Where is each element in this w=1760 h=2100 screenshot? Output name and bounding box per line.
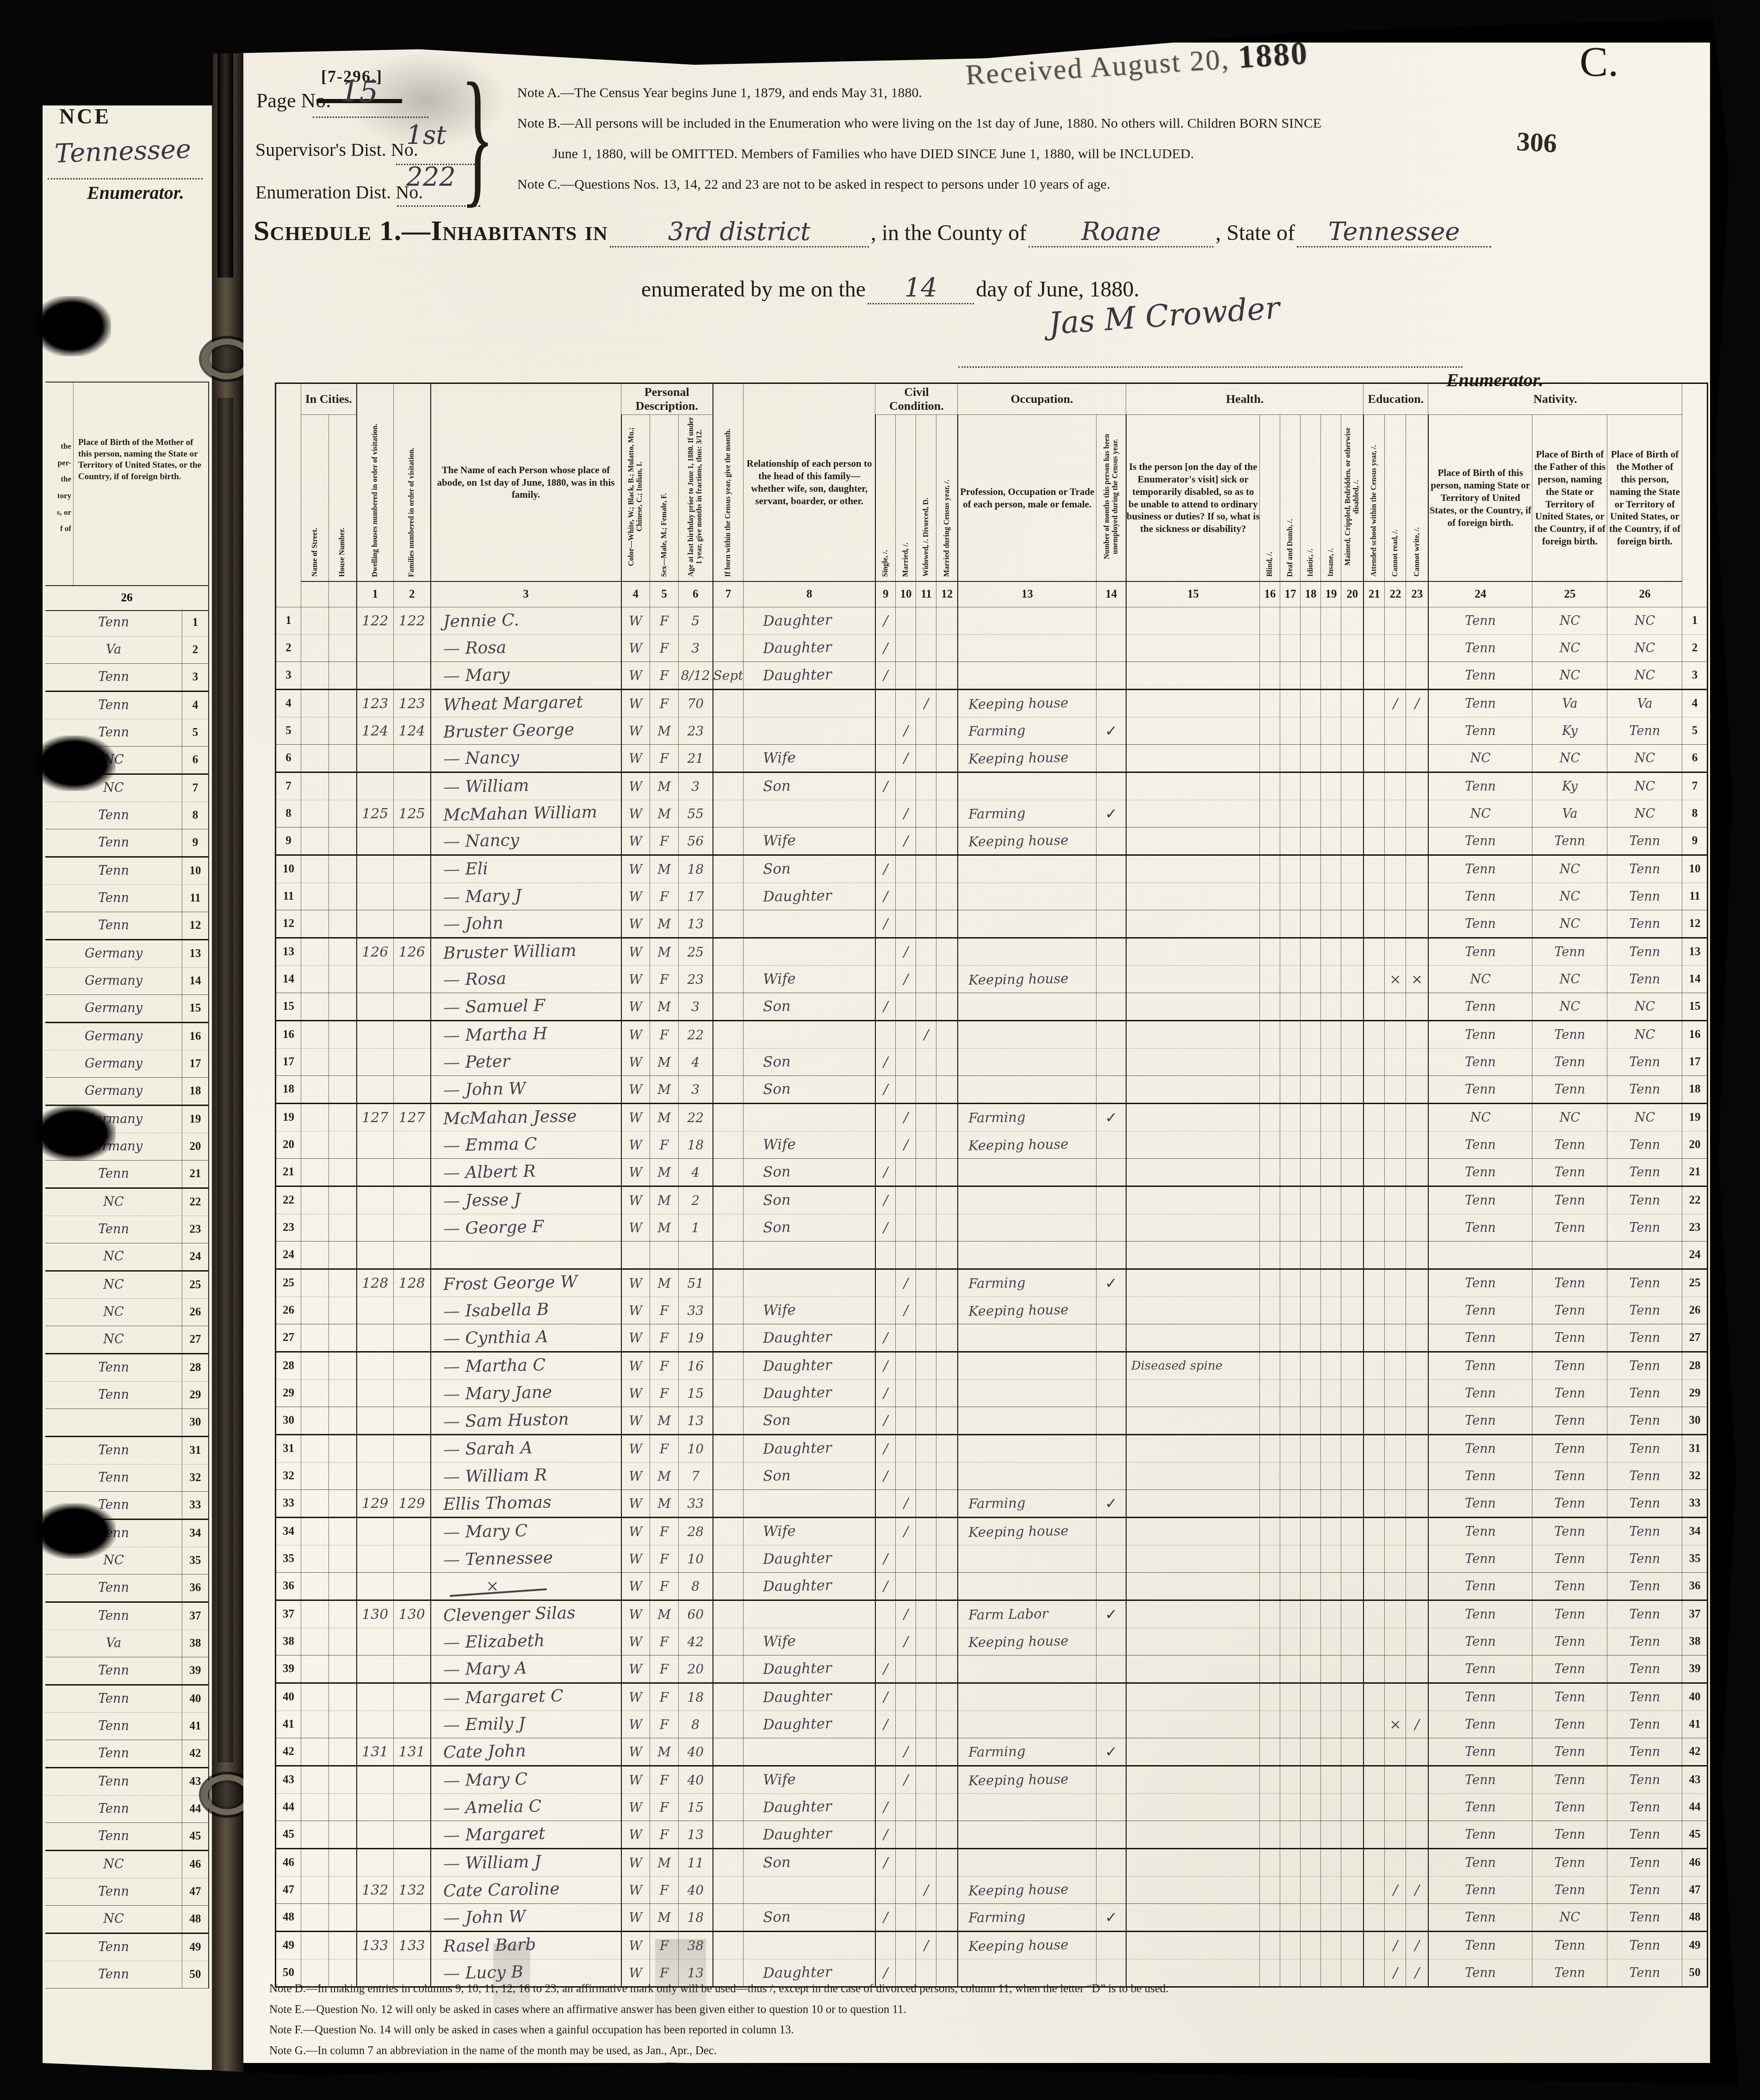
left-fragment-row: Tenn23 <box>45 1216 208 1243</box>
left-col26-value: Tenn <box>45 829 182 856</box>
value-pm: Tenn <box>1630 1635 1661 1649</box>
cell-pm: Tenn <box>1607 1821 1682 1849</box>
cell-e21 <box>1363 1241 1385 1269</box>
value-color: W <box>629 999 642 1014</box>
cell-name: Sam Huston <box>431 1407 621 1435</box>
row-number-left: 26 <box>276 1297 301 1324</box>
cell-h17 <box>1280 1932 1301 1959</box>
cell-age: 3 <box>679 772 713 800</box>
cell-un <box>1097 1628 1126 1655</box>
value-name: Mary J <box>431 886 521 907</box>
cell-s: / <box>875 1545 896 1573</box>
row-number-left: 32 <box>276 1463 301 1490</box>
cell-sick <box>1126 1186 1260 1214</box>
cell-h16 <box>1260 1049 1280 1076</box>
cell-dw: 130 <box>357 1600 394 1628</box>
cell-m: / <box>896 1131 916 1159</box>
value-dw: 130 <box>362 1606 388 1623</box>
value-color: W <box>629 1303 642 1318</box>
cell-name: Frost George W <box>431 1269 621 1297</box>
cell-h18 <box>1301 1131 1321 1159</box>
cell-age: 70 <box>679 690 713 717</box>
cell-house <box>329 1655 357 1683</box>
cell-sex: F <box>650 1821 679 1849</box>
cell-s: / <box>875 855 896 883</box>
cell-occ <box>958 1076 1097 1104</box>
value-sex: M <box>657 723 671 739</box>
cell-dw: 128 <box>357 1269 394 1297</box>
left-row-number: 19 <box>182 1113 208 1126</box>
left-row-number: 29 <box>182 1389 208 1402</box>
cell-pf: NC <box>1532 1104 1607 1131</box>
value-occ: Keeping house <box>958 1136 1069 1154</box>
value-age: 60 <box>687 1607 704 1622</box>
table-row: 30Sam HustonWM13Son/TennTennTenn30 <box>276 1407 1708 1435</box>
cell-house <box>329 938 357 966</box>
column-number-sex: 5 <box>650 581 679 607</box>
cell-pf: Tenn <box>1532 1049 1607 1076</box>
column-number-h20: 20 <box>1341 581 1363 607</box>
value-p: Tenn <box>1465 1028 1496 1042</box>
left-row-number: 13 <box>182 947 208 960</box>
row-number-left: 42 <box>276 1738 301 1766</box>
row-number-left: 36 <box>276 1573 301 1600</box>
value-occ: Keeping house <box>958 749 1069 767</box>
row-number-right: 43 <box>1682 1766 1708 1794</box>
cell-h20 <box>1341 1766 1363 1794</box>
cell-e22 <box>1385 1738 1406 1766</box>
value-color: W <box>629 916 642 932</box>
cell-street <box>301 772 329 800</box>
left-col26-value: Tenn <box>45 802 182 829</box>
cell-h20 <box>1341 1463 1363 1490</box>
cell-pf: NC <box>1532 635 1607 662</box>
cell-mc <box>936 745 958 772</box>
row-number-left: 27 <box>276 1324 301 1352</box>
cell-dw <box>357 745 394 772</box>
cell-pm: NC <box>1607 993 1682 1021</box>
edu-mark: / <box>1393 696 1398 712</box>
cell-occ <box>958 1214 1097 1241</box>
value-age: 22 <box>687 1027 704 1043</box>
value-pm: Tenn <box>1630 889 1661 904</box>
value-rel: Daughter <box>744 611 832 630</box>
value-p: Tenn <box>1465 1745 1496 1759</box>
cell-e22 <box>1385 1600 1406 1628</box>
cell-rel: Wife <box>744 1628 875 1655</box>
row-number-left: 8 <box>276 800 301 828</box>
value-pm: NC <box>1635 1000 1655 1014</box>
cell-sex: F <box>650 1932 679 1959</box>
cell-mo <box>713 1241 744 1269</box>
col-header-pf: Place of Birth of the Father of this per… <box>1532 415 1607 582</box>
row-number-left: 2 <box>276 635 301 662</box>
left-col26-value: Germany <box>45 1078 182 1105</box>
left-row-number: 37 <box>182 1610 208 1623</box>
cell-house <box>329 1380 357 1407</box>
cell-pm: Tenn <box>1607 1711 1682 1738</box>
cell-dw: 129 <box>357 1490 394 1518</box>
cell-h18 <box>1301 1352 1321 1380</box>
value-age: 3 <box>691 999 700 1014</box>
cell-color: W <box>621 910 650 938</box>
cell-pm: Tenn <box>1607 1490 1682 1518</box>
value-rel: Daughter <box>744 639 832 657</box>
value-pf: Tenn <box>1555 1028 1586 1042</box>
cell-pm: Tenn <box>1607 1849 1682 1877</box>
left-row-number: 39 <box>182 1664 208 1677</box>
cell-h20 <box>1341 1490 1363 1518</box>
cell-sex: F <box>650 1628 679 1655</box>
cell-house <box>329 1049 357 1076</box>
cell-h18 <box>1301 1573 1321 1600</box>
cell-mo <box>713 1877 744 1904</box>
value-pf: Tenn <box>1555 1773 1586 1787</box>
value-pm: NC <box>1635 751 1655 766</box>
left-fragment-row: Germany15 <box>45 995 208 1023</box>
cell-h19 <box>1321 1380 1341 1407</box>
cell-h19 <box>1321 1573 1341 1600</box>
cell-sick <box>1126 1159 1260 1186</box>
cell-e21 <box>1363 993 1385 1021</box>
cell-color: W <box>621 1380 650 1407</box>
cell-h18 <box>1301 690 1321 717</box>
cell-pf: Ky <box>1532 772 1607 800</box>
value-age: 13 <box>687 1965 704 1981</box>
value-p: NC <box>1470 972 1491 987</box>
value-rel: Wife <box>744 832 796 850</box>
cell-rel: Daughter <box>744 1380 875 1407</box>
value-pf: NC <box>1560 1910 1580 1925</box>
left-fragment-row: Tenn21 <box>45 1161 208 1189</box>
row-number-right: 45 <box>1682 1821 1708 1849</box>
note-b-line2: June 1, 1880, will be OMITTED. Members o… <box>552 146 1194 162</box>
col-header-text-age: Age at last birthday prior to June 1, 18… <box>687 415 704 579</box>
value-age: 23 <box>687 723 704 739</box>
value-occ: Farming <box>958 805 1026 822</box>
col25-fragment-word: per- <box>45 455 71 471</box>
left-fragment-row: Tenn42 <box>45 1740 208 1768</box>
cell-dw <box>357 1076 394 1104</box>
value-color: W <box>629 1330 642 1346</box>
cell-h18 <box>1301 1849 1321 1877</box>
cell-house <box>329 1518 357 1545</box>
cell-age: 7 <box>679 1463 713 1490</box>
cell-sex: M <box>650 1104 679 1131</box>
cell-sex: M <box>650 910 679 938</box>
cell-name: William J <box>431 1849 621 1877</box>
value-pm: Tenn <box>1630 1910 1661 1925</box>
cell-e22 <box>1385 1821 1406 1849</box>
cell-h20 <box>1341 910 1363 938</box>
cell-m: / <box>896 966 916 993</box>
cell-fa <box>394 1628 431 1655</box>
cell-h20 <box>1341 607 1363 635</box>
cell-street <box>301 1738 329 1766</box>
value-color: W <box>629 1359 642 1374</box>
left-row-number: 26 <box>182 1306 208 1319</box>
census-table: In Cities.Dwelling houses numbered in or… <box>275 383 1708 1988</box>
cell-rel: Son <box>744 1049 875 1076</box>
cell-fa <box>394 1655 431 1683</box>
cell-sick <box>1126 1049 1260 1076</box>
cell-h16 <box>1260 1104 1280 1131</box>
cell-h18 <box>1301 607 1321 635</box>
cell-e22 <box>1385 662 1406 690</box>
left-col26-value: Tenn <box>45 1603 182 1630</box>
value-pf: Tenn <box>1555 1193 1586 1208</box>
value-p: Tenn <box>1465 668 1496 683</box>
col-header-text-mc: Married during Census year, /. <box>942 478 952 579</box>
value-sex: M <box>657 999 671 1014</box>
table-row: 48John WWM18Son/Farming✓TennNCTenn48 <box>276 1904 1708 1932</box>
cell-fa <box>394 1214 431 1241</box>
cell-mo <box>713 745 744 772</box>
value-sex: M <box>657 1082 671 1097</box>
cell-house <box>329 1711 357 1738</box>
cell-e23: / <box>1406 1711 1428 1738</box>
cell-mo <box>713 1738 744 1766</box>
value-pm: Tenn <box>1630 1193 1661 1208</box>
left-fragment-row: Tenn50 <box>45 1961 208 1989</box>
value-pf: Tenn <box>1555 1690 1586 1705</box>
col-header-text-street: Name of Street. <box>310 526 320 579</box>
value-rel: Wife <box>744 1523 796 1540</box>
value-sex: F <box>660 1938 669 1953</box>
group-header-4: Health. <box>1126 383 1363 415</box>
cell-name: Emma C <box>431 1131 621 1159</box>
cell-s <box>875 1932 896 1959</box>
value-pm: NC <box>1635 641 1655 655</box>
cell-fa <box>394 1518 431 1545</box>
cell-e22 <box>1385 772 1406 800</box>
cell-occ <box>958 662 1097 690</box>
cell-e22 <box>1385 938 1406 966</box>
cell-m <box>896 883 916 910</box>
value-s: / <box>883 1413 888 1429</box>
cell-w <box>916 1711 936 1738</box>
cell-un <box>1097 883 1126 910</box>
cell-color: W <box>621 1766 650 1794</box>
value-s: / <box>883 1192 888 1209</box>
cell-pf: Ky <box>1532 717 1607 745</box>
value-pm: Tenn <box>1630 945 1661 959</box>
value-pf: Tenn <box>1555 1221 1586 1235</box>
cell-m: / <box>896 745 916 772</box>
cell-fa <box>394 1076 431 1104</box>
row-number-header-left <box>276 383 301 607</box>
cell-p: Tenn <box>1428 1049 1532 1076</box>
cell-street <box>301 1711 329 1738</box>
cell-h17 <box>1280 1241 1301 1269</box>
cell-pf: Tenn <box>1532 1186 1607 1214</box>
value-name: Clevenger Silas <box>431 1603 576 1625</box>
cell-sick <box>1126 1214 1260 1241</box>
cell-p: Tenn <box>1428 1683 1532 1711</box>
cell-age: 51 <box>679 1269 713 1297</box>
cell-pm: Tenn <box>1607 1904 1682 1932</box>
cell-h16 <box>1260 1628 1280 1655</box>
value-pf: Tenn <box>1555 1331 1586 1345</box>
value-rel: Wife <box>744 1633 796 1650</box>
value-pm: Tenn <box>1630 1469 1661 1483</box>
cell-w <box>916 717 936 745</box>
cell-e23 <box>1406 1186 1428 1214</box>
cell-s <box>875 1131 896 1159</box>
cell-h16 <box>1260 1131 1280 1159</box>
cell-e21 <box>1363 1269 1385 1297</box>
value-pf: NC <box>1560 917 1580 931</box>
left-row-number: 47 <box>182 1885 208 1898</box>
value-age: 40 <box>687 1744 704 1760</box>
cell-e22 <box>1385 1021 1406 1049</box>
cell-fa: 132 <box>394 1877 431 1904</box>
cell-street <box>301 1490 329 1518</box>
cell-h19 <box>1321 1794 1341 1821</box>
cell-h20 <box>1341 883 1363 910</box>
column-number-h18: 18 <box>1301 581 1321 607</box>
cell-sick <box>1126 1131 1260 1159</box>
cell-h18 <box>1301 1877 1321 1904</box>
cell-e21 <box>1363 800 1385 828</box>
table-row: 40Margaret CWF18Daughter/TennTennTenn40 <box>276 1683 1708 1711</box>
cell-un: ✓ <box>1097 1104 1126 1131</box>
note-b-line1: Note B.—All persons will be included in … <box>517 116 1321 131</box>
cell-p: Tenn <box>1428 1435 1532 1463</box>
left-fragment-row: NC48 <box>45 1906 208 1934</box>
cell-occ <box>958 1241 1097 1269</box>
cell-name: Rosa <box>431 635 621 662</box>
left-row-number: 11 <box>182 892 208 905</box>
cell-color: W <box>621 1352 650 1380</box>
cell-mo <box>713 717 744 745</box>
cell-rel: Wife <box>744 1297 875 1324</box>
cell-h18 <box>1301 1463 1321 1490</box>
left-col26-value: NC <box>45 1272 182 1298</box>
cell-un <box>1097 635 1126 662</box>
left-fragment-row: Tenn4 <box>45 692 208 719</box>
cell-un: ✓ <box>1097 800 1126 828</box>
cell-color: W <box>621 1214 650 1241</box>
cell-sex: M <box>650 800 679 828</box>
value-p: Tenn <box>1465 1552 1496 1566</box>
value-m: / <box>904 833 908 849</box>
value-sex: M <box>657 1496 671 1511</box>
cell-e21 <box>1363 1352 1385 1380</box>
cell-sick <box>1126 1545 1260 1573</box>
value-s: / <box>883 1909 888 1926</box>
cell-occ: Keeping house <box>958 1628 1097 1655</box>
value-un: ✓ <box>1105 1275 1117 1291</box>
row-number-left: 13 <box>276 938 301 966</box>
partial-stamp-text: NCE <box>59 104 111 129</box>
cell-h19 <box>1321 966 1341 993</box>
cell-dw <box>357 1655 394 1683</box>
cell-h20 <box>1341 993 1363 1021</box>
value-name: Emily J <box>431 1714 525 1735</box>
table-row: 33129129Ellis ThomasWM33/Farming✓TennTen… <box>276 1490 1708 1518</box>
left-row-number: 4 <box>182 699 208 712</box>
cell-sex: M <box>650 1904 679 1932</box>
cell-fa <box>394 828 431 855</box>
left-col26-value: Tenn <box>45 1934 182 1961</box>
cell-un <box>1097 1821 1126 1849</box>
cell-rel <box>744 910 875 938</box>
cell-pm: Tenn <box>1607 717 1682 745</box>
cell-e22 <box>1385 1297 1406 1324</box>
table-row: 28Martha CWF16Daughter/Diseased spineTen… <box>276 1352 1708 1380</box>
cell-occ <box>958 1021 1097 1049</box>
cell-rel: Daughter <box>744 1683 875 1711</box>
cell-fa <box>394 1849 431 1877</box>
value-name: Bruster George <box>431 720 574 741</box>
value-age: 13 <box>687 1827 704 1842</box>
cell-dw <box>357 883 394 910</box>
value-un: ✓ <box>1105 1109 1117 1126</box>
cell-w <box>916 1131 936 1159</box>
cell-h19 <box>1321 1435 1341 1463</box>
cell-name: Jesse J <box>431 1186 621 1214</box>
table-row: 39Mary AWF20Daughter/TennTennTenn39 <box>276 1655 1708 1683</box>
value-color: W <box>629 1938 642 1953</box>
left-fragment-row: Tenn11 <box>45 885 208 912</box>
cell-rel: Daughter <box>744 1655 875 1683</box>
cell-rel: Daughter <box>744 607 875 635</box>
enumeration-label: Enumeration Dist. No. <box>255 181 423 203</box>
value-age: 16 <box>687 1359 704 1374</box>
value-occ: Keeping house <box>958 1523 1069 1540</box>
value-pf: Tenn <box>1555 1717 1586 1732</box>
left-col26-header-box: theper-thetorys, orf of Place of Birth o… <box>45 382 209 611</box>
cell-h20 <box>1341 662 1363 690</box>
cell-sex: M <box>650 993 679 1021</box>
cell-mo <box>713 1821 744 1849</box>
cell-s: / <box>875 1849 896 1877</box>
column-number-e21: 21 <box>1363 581 1385 607</box>
cell-e22 <box>1385 1766 1406 1794</box>
cell-e22 <box>1385 1463 1406 1490</box>
cell-dw <box>357 1849 394 1877</box>
cell-dw <box>357 1131 394 1159</box>
cell-pm: Tenn <box>1607 1131 1682 1159</box>
cell-dw <box>357 828 394 855</box>
cell-age: 21 <box>679 745 713 772</box>
cell-e23 <box>1406 1628 1428 1655</box>
value-p: Tenn <box>1465 1525 1496 1539</box>
cell-e22 <box>1385 1573 1406 1600</box>
cell-street <box>301 607 329 635</box>
cell-street <box>301 745 329 772</box>
cell-mo <box>713 910 744 938</box>
cell-name: Mary Jane <box>431 1380 621 1407</box>
table-row: 5124124Bruster GeorgeWM23/Farming✓TennKy… <box>276 717 1708 745</box>
cell-un <box>1097 1932 1126 1959</box>
cell-color: W <box>621 1104 650 1131</box>
value-p: Tenn <box>1465 724 1496 738</box>
table-row: 49133133Rasel BarbWF38/Keeping house//Te… <box>276 1932 1708 1959</box>
left-col26-value: Tenn <box>45 1686 182 1712</box>
cell-house <box>329 828 357 855</box>
cell-un <box>1097 662 1126 690</box>
cell-sex: M <box>650 1600 679 1628</box>
cell-mc <box>936 1904 958 1932</box>
cell-dw <box>357 1683 394 1711</box>
cell-h16 <box>1260 855 1280 883</box>
cell-e21 <box>1363 1021 1385 1049</box>
cell-p <box>1428 1241 1532 1269</box>
cell-street <box>301 1463 329 1490</box>
cell-w <box>916 855 936 883</box>
